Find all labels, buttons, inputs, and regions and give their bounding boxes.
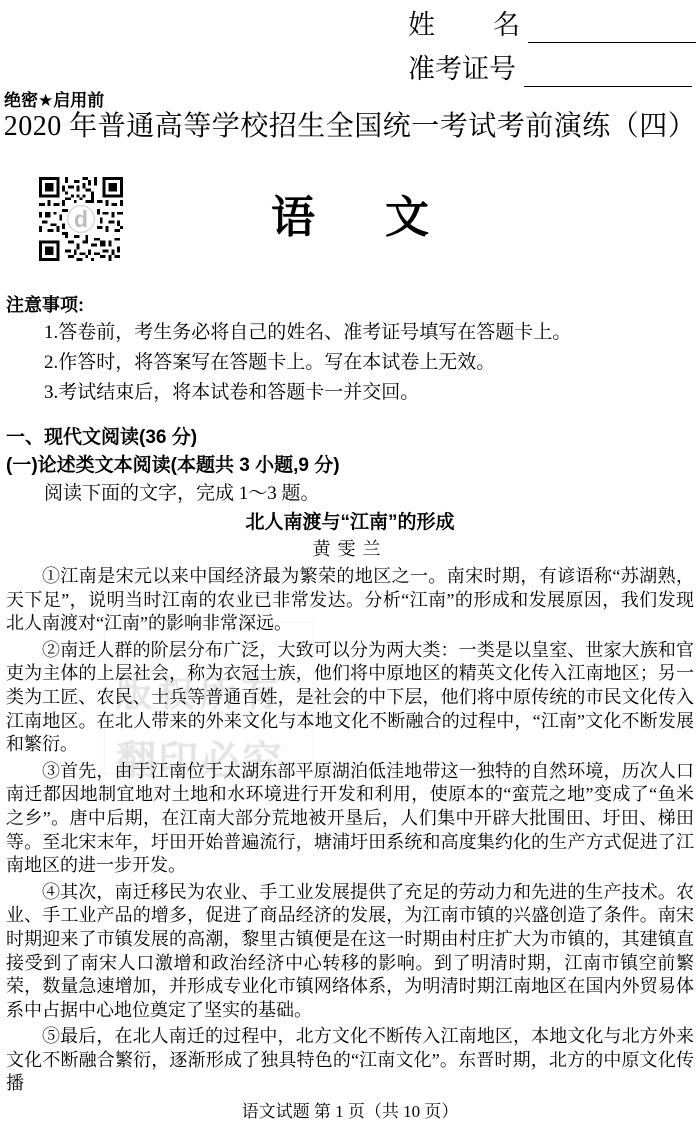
section-heading: 一、现代文阅读(36 分) bbox=[6, 424, 694, 452]
name-blank-line bbox=[528, 8, 696, 43]
essay-title: 北人南渡与“江南”的形成 bbox=[6, 509, 694, 536]
name-row: 姓名 bbox=[408, 8, 696, 43]
admission-number-row: 准考证号 bbox=[408, 52, 696, 87]
paper-body: 注意事项: 1.答卷前，考生务必将自己的姓名、准考证号填写在答题卡上。 2.作答… bbox=[6, 292, 694, 1096]
essay-author: 黄雯兰 bbox=[6, 536, 694, 562]
header-fill-fields: 姓名 准考证号 bbox=[408, 8, 696, 96]
essay-paragraph-5: ⑤最后，在北人南迁的过程中，北方文化不断传入江南地区，本地文化与北方外来文化不断… bbox=[6, 1025, 694, 1096]
admission-number-label: 准考证号 bbox=[408, 53, 516, 87]
exam-paper-page: 姓名 准考证号 绝密★启用前 2020 年普通高等学校招生全国统一考试考前演练（… bbox=[0, 0, 700, 1134]
page-footer: 语文试题 第 1 页（共 10 页） bbox=[0, 1097, 700, 1122]
name-label: 姓名 bbox=[408, 9, 520, 43]
essay-paragraph-2: ②南迁人群的阶层分布广泛，大致可以分为两大类：一类是以皇室、世家大族和官吏为主体… bbox=[6, 639, 694, 757]
essay-paragraph-3: ③首先，由于江南位于太湖东部平原湖泊低洼地带这一独特的自然环境，历次人口南迁都因… bbox=[6, 760, 694, 878]
notice-item-3: 3.考试结束后，将本试卷和答题卡一并交回。 bbox=[6, 378, 694, 408]
subsection-heading: (一)论述类文本阅读(本题共 3 小题,9 分) bbox=[6, 452, 694, 480]
exam-title: 2020 年普通高等学校招生全国统一考试考前演练（四） bbox=[0, 104, 700, 144]
subject-title-wrap: 语文 bbox=[0, 181, 700, 245]
subject-title: 语文 bbox=[271, 181, 429, 245]
reading-instruction: 阅读下面的文字，完成 1～3 题。 bbox=[6, 480, 694, 508]
essay-paragraph-4: ④其次，南迁移民为农业、手工业发展提供了充足的劳动力和先进的生产技术。农业、手工… bbox=[6, 881, 694, 1023]
notice-item-1: 1.答卷前，考生务必将自己的姓名、准考证号填写在答题卡上。 bbox=[6, 318, 694, 348]
admission-number-blank-line bbox=[524, 52, 692, 87]
notice-item-2: 2.作答时，将答案写在答题卡上。写在本试卷上无效。 bbox=[6, 348, 694, 378]
essay-paragraph-1: ①江南是宋元以来中国经济最为繁荣的地区之一。南宋时期，有谚语称“苏湖熟，天下足”… bbox=[6, 565, 694, 636]
notice-heading: 注意事项: bbox=[6, 292, 694, 318]
